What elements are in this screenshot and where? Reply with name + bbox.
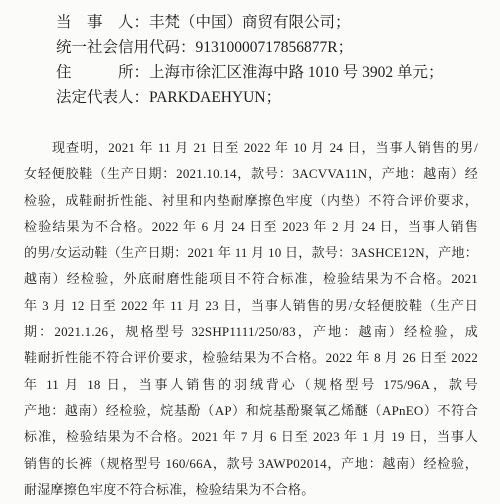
findings-line: 产地：越南）经检验，烷基酚（AP）和烷基酚聚氧乙烯醚（APnEO）不符合 xyxy=(24,398,478,424)
findings-line: 的男/女运动鞋（生产日期：2021 年 11 月 10 日，款号：3ASHCE1… xyxy=(24,240,478,266)
party-name-value: 丰梵（中国）商贸有限公司； xyxy=(149,14,351,31)
findings-line: 耐湿摩擦色牢度不符合标准，检验结果为不合格。 xyxy=(24,477,478,503)
credit-code-label: 统一社会信用代码： xyxy=(56,39,196,56)
findings-line: 女轻便胶鞋（生产日期：2021.10.14，款号：3ACVVA11N，产地：越南… xyxy=(24,161,478,187)
party-field-row: 统一社会信用代码：91310000717856877R； xyxy=(56,35,500,60)
findings-line: 鞋耐折性能不符合评价要求，检验结果为不合格。2022 年 8 月 26 日至 2… xyxy=(24,345,478,371)
legal-representative-value: PARKDAEHYUN； xyxy=(149,89,281,106)
findings-line: 现查明，2021 年 11 月 21 日至 2022 年 10 月 24 日，当… xyxy=(24,135,478,161)
findings-line: 年 11 月 18 日，当事人销售的羽绒背心（规格型号 175/96A，款号 3… xyxy=(24,372,478,398)
party-field-row: 当 事 人：丰梵（中国）商贸有限公司； xyxy=(56,10,500,35)
findings-line: 标准，检验结果为不合格。2021 年 7 月 6 日至 2023 年 1 月 1… xyxy=(24,424,478,450)
document-page: 当 事 人：丰梵（中国）商贸有限公司； 统一社会信用代码：91310000717… xyxy=(0,0,500,504)
findings-line: 销售的长裤（规格型号 160/66A，款号 3AWP02014，产地：越南）经检… xyxy=(24,451,478,477)
findings-line: 检验结果为不合格。2022 年 6 月 24 日至 2023 年 2 月 24 … xyxy=(24,214,478,240)
party-name-label: 当 事 人： xyxy=(56,14,149,31)
findings-line: 越南）经检验，外底耐磨性能项目不符合标准，检验结果为不合格。2021 xyxy=(24,266,478,292)
address-value: 上海市徐汇区淮海中路 1010 号 3902 单元； xyxy=(149,64,444,81)
credit-code-value: 91310000717856877R； xyxy=(196,39,354,56)
findings-line: 期：2021.1.26，规格型号 32SHP1111/250/83，产地：越南）… xyxy=(24,319,478,345)
findings-line: 年 3 月 12 日至 2022 年 11 月 23 日，当事人销售的男/女轻便… xyxy=(24,293,478,319)
address-label: 住 所： xyxy=(56,64,149,81)
legal-representative-label: 法定代表人： xyxy=(56,89,149,106)
findings-line: 检验，成鞋耐折性能、衬里和内垫耐摩擦色牢度（内垫）不符合评价要求， xyxy=(24,188,478,214)
party-field-row: 住 所：上海市徐汇区淮海中路 1010 号 3902 单元； xyxy=(56,60,500,85)
party-info-block: 当 事 人：丰梵（中国）商贸有限公司； 统一社会信用代码：91310000717… xyxy=(0,0,500,110)
findings-paragraph: 现查明，2021 年 11 月 21 日至 2022 年 10 月 24 日，当… xyxy=(24,135,478,503)
party-field-row: 法定代表人：PARKDAEHYUN； xyxy=(56,85,500,110)
